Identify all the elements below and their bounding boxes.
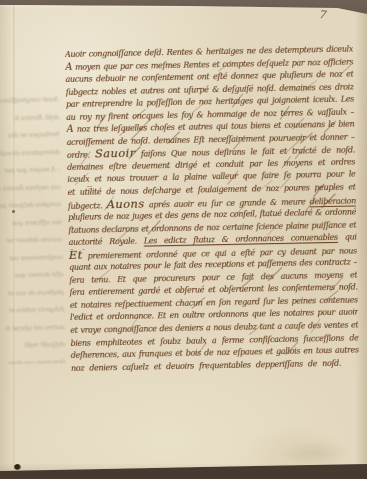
ink-speck <box>14 464 21 470</box>
manuscript-page: Auoir congnoiſſance deſd. Rentes & herit… <box>0 0 367 479</box>
page-right-shade <box>355 0 367 479</box>
page-top-edge <box>0 4 367 8</box>
folio-number: 7 <box>318 8 338 28</box>
parchment-stain <box>280 440 350 466</box>
ink-speck <box>12 210 15 213</box>
showthrough-text: Auoir congnoiſſance deſd. Rentes & herit… <box>0 91 66 365</box>
page-bottom-shade <box>0 463 367 479</box>
text-block: Auoir congnoiſſance deſd. Rentes & herit… <box>65 44 359 379</box>
photo-background: Auoir congnoiſſance deſd. Rentes & herit… <box>0 0 367 479</box>
